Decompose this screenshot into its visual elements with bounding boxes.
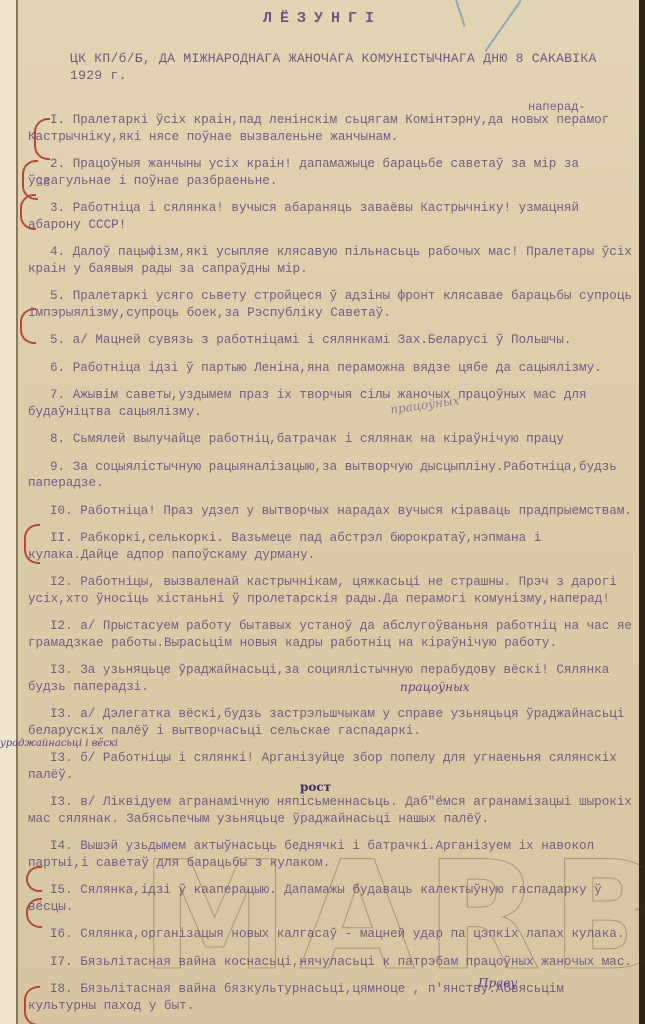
handwritten-annotation: працоўных — [400, 680, 470, 694]
slogan-item: 4. Далоў пацыфізм,які усыпляе клясавую п… — [28, 244, 636, 277]
slogan-item: 9. За соцыялістычную рацыяналізацыю,за в… — [28, 459, 636, 492]
document-title: ЛЁЗУНГІ — [0, 10, 645, 27]
slogan-item: I2. Работніцы, вызваленай кастрычнікам, … — [28, 574, 636, 607]
slogan-item: I. Пралетаркі ўсіх краін,пад ленінскім с… — [28, 112, 636, 145]
slogan-item: II. Рабкоркі,селькоркі. Вазьмеце пад абс… — [28, 530, 636, 563]
slogan-item: I3. За узьняцьце ўраджайнасьці,за социял… — [28, 662, 636, 695]
slogan-item: 7. Ажывім саветы,уздымем праз іх творчыя… — [28, 387, 636, 420]
handwritten-annotation: ураджайнасьці і вёскі — [0, 738, 118, 749]
slogan-item: I3. а/ Дэлегатка вёскі,будзь застрэльшчы… — [28, 706, 636, 739]
slogan-item: I3. б/ Работніцы і сялянкі! Арганізуйце … — [28, 750, 636, 783]
page-edge — [0, 0, 18, 1024]
slogan-item: I2. а/ Прыстасуем работу бытавых устаноў… — [28, 618, 636, 651]
document-subtitle: ЦК КП/б/Б, ДА МІЖНАРОДНАГА ЖАНОЧАГА КОМУ… — [70, 50, 610, 84]
slogan-item: 5. Пралетаркі усяго сьвету стройцеся ў а… — [28, 288, 636, 321]
handwritten-annotation: наперад- — [528, 100, 586, 114]
slogan-item: 8. Сьмялей вылучайце работніц,батрачак і… — [28, 431, 636, 448]
slogan-item: 6. Работніца ідзі ў партыю Леніна,яна пе… — [28, 360, 636, 377]
slogan-item: I0. Работніца! Праз удзел у вытворчых на… — [28, 503, 636, 520]
slogan-item: 5. а/ Мацней сувязь з работніцамі і сяля… — [28, 332, 636, 349]
slogan-item: 2. Працоўныя жанчыны усіх краін! дапамаж… — [28, 156, 636, 189]
handwritten-annotation: рост — [300, 780, 331, 794]
slogan-item: 3. Работніца і сялянка! вучыся абараняць… — [28, 200, 636, 233]
slogan-item: I3. в/ Ліквідуем агранамічную няпісьменн… — [28, 794, 636, 827]
archive-watermark: MARB — [140, 830, 645, 1004]
